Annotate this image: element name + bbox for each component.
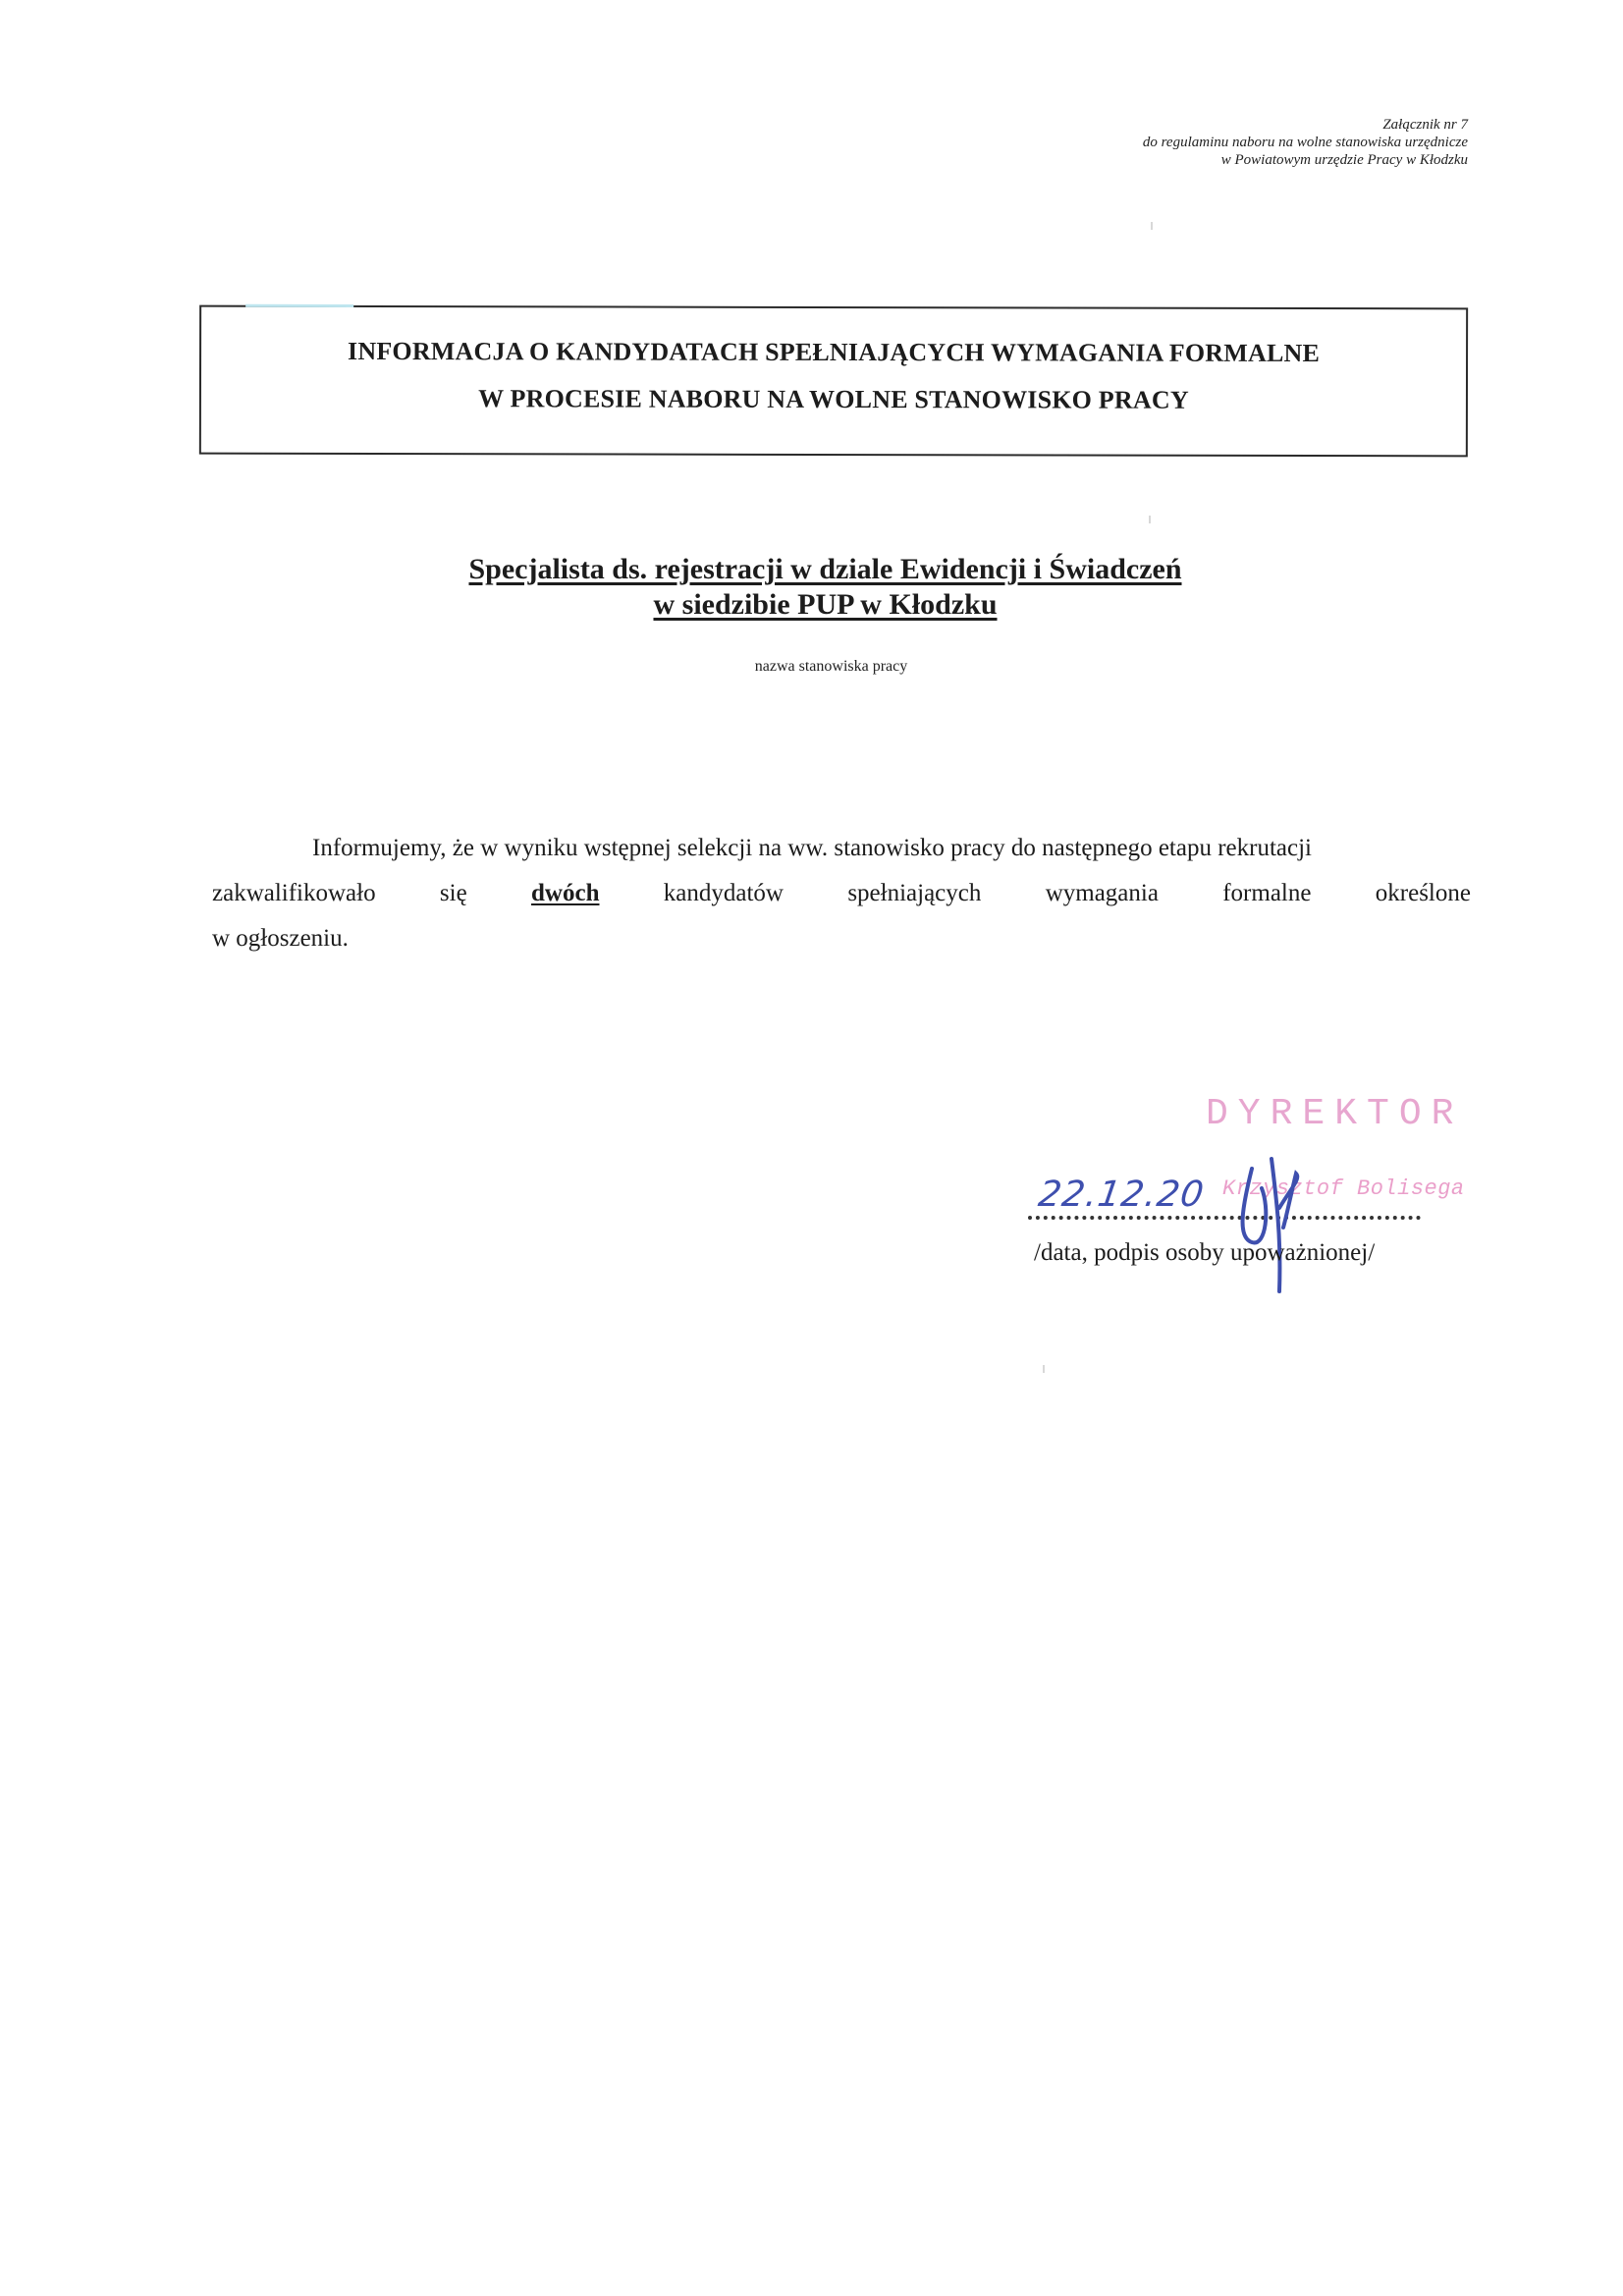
signature-dotted-line [1028, 1216, 1421, 1220]
annex-regulation: do regulaminu naboru na wolne stanowiska… [1143, 134, 1468, 151]
body-line-2: zakwalifikowałosiędwóchkandydatówspełnia… [212, 879, 1471, 908]
body-word: zakwalifikowało [212, 879, 376, 908]
document-title-box: INFORMACJA O KANDYDATACH SPEŁNIAJĄCYCH W… [199, 305, 1468, 458]
body-word: kandydatów [664, 879, 784, 908]
body-word: spełniających [847, 879, 981, 908]
body-word: dwóch [531, 879, 599, 908]
body-word: określone [1376, 879, 1471, 908]
director-stamp-title: DYREKTOR [1206, 1093, 1463, 1135]
annex-header: Załącznik nr 7 do regulaminu naboru na w… [1143, 116, 1468, 169]
annex-office: w Powiatowym urzędzie Pracy w Kłodzku [1143, 151, 1468, 169]
body-word: wymagania [1046, 879, 1159, 908]
body-word: formalne [1222, 879, 1311, 908]
document-title-line-1: INFORMACJA O KANDYDATACH SPEŁNIAJĄCYCH W… [201, 337, 1466, 369]
signature-caption: /data, podpis osoby upoważnionej/ [1034, 1239, 1375, 1267]
scan-artifact [1149, 516, 1151, 523]
document-title-line-2: W PROCESIE NABORU NA WOLNE STANOWISKO PR… [201, 384, 1466, 416]
body-word: się [440, 879, 467, 908]
position-name-text-1: Specjalista ds. rejestracji w dziale Ewi… [468, 553, 1181, 585]
body-line-3: w ogłoszeniu. [212, 924, 349, 954]
annex-number: Załącznik nr 7 [1143, 116, 1468, 134]
signature-mark [1232, 1149, 1311, 1296]
scan-artifact [1151, 222, 1153, 230]
scan-artifact [1043, 1365, 1045, 1373]
handwritten-date: 22.12.20 [1036, 1175, 1207, 1215]
position-name-line-2: w siedzibie PUP w Kłodzku [14, 587, 1623, 623]
position-name-line-1: Specjalista ds. rejestracji w dziale Ewi… [14, 552, 1623, 587]
position-name-text-2: w siedzibie PUP w Kłodzku [653, 588, 997, 621]
position-caption: nazwa stanowiska pracy [20, 658, 1623, 676]
body-line-1: Informujemy, że w wyniku wstępnej selekc… [312, 834, 1471, 863]
scan-artifact [245, 304, 353, 307]
